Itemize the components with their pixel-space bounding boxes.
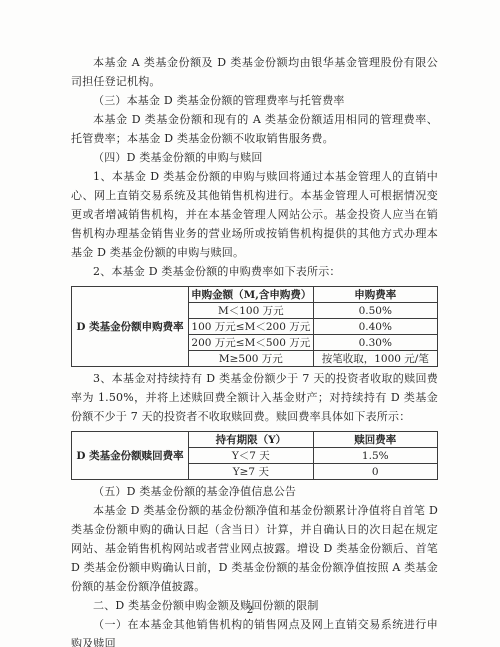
- holding-period-column-header: 持有期限（Y）: [189, 432, 313, 448]
- table-cell: 0: [313, 464, 437, 480]
- table-cell: 0.50%: [313, 303, 437, 319]
- heading-part-2-item-1: （一）在本基金其他销售机构的销售网点及网上直销交易系统进行申购及赎回: [71, 615, 438, 647]
- subscription-fee-table: D 类基金份额申购费率 申购金额（M,含申购费） 申购费率 M＜100 万元 0…: [71, 286, 438, 367]
- heading-section-5: （五）D 类基金份额的基金净值信息公告: [71, 482, 438, 501]
- subscription-table-row-header: D 类基金份额申购费率: [72, 287, 189, 367]
- table-row: D 类基金份额申购费率 申购金额（M,含申购费） 申购费率: [72, 287, 438, 303]
- subscription-rate-column-header: 申购费率: [313, 287, 437, 303]
- paragraph-nav-disclosure: 本基金 D 类基金份额的基金份额净值和基金份额累计净值将自首笔 D 类基金份额申…: [71, 501, 438, 596]
- table-cell: 1.5%: [313, 448, 437, 464]
- paragraph-management-fee: 本基金 D 类基金份额和现有的 A 类基金份额适用相同的管理费率、托管费率；本基…: [71, 110, 438, 148]
- table-cell: Y≥7 天: [189, 464, 313, 480]
- paragraph-sales-channels: 1、本基金 D 类基金份额的申购与赎回将通过本基金管理人的直销中心、网上直销交易…: [71, 167, 438, 262]
- heading-section-3: （三）本基金 D 类基金份额的管理费率与托管费率: [71, 91, 438, 110]
- table-cell: 0.30%: [313, 335, 437, 351]
- redemption-rate-column-header: 赎回费率: [313, 432, 437, 448]
- document-body: 本基金 A 类基金份额及 D 类基金份额均由银华基金管理股份有限公司担任登记机构…: [71, 53, 438, 647]
- heading-section-4: （四）D 类基金份额的申购与赎回: [71, 148, 438, 167]
- paragraph-registrar: 本基金 A 类基金份额及 D 类基金份额均由银华基金管理股份有限公司担任登记机构…: [71, 53, 438, 91]
- table-cell: M＜100 万元: [189, 303, 313, 319]
- table-cell: 200 万元≤M＜500 万元: [189, 335, 313, 351]
- table-cell: 按笔收取，1000 元/笔: [313, 351, 437, 367]
- subscription-amount-column-header: 申购金额（M,含申购费）: [189, 287, 313, 303]
- table-cell: 0.40%: [313, 319, 437, 335]
- page-number: 2: [0, 604, 500, 616]
- redemption-table-row-header: D 类基金份额赎回费率: [72, 432, 189, 480]
- table-row: D 类基金份额赎回费率 持有期限（Y） 赎回费率: [72, 432, 438, 448]
- table-cell: M≥500 万元: [189, 351, 313, 367]
- paragraph-subscription-table-intro: 2、本基金 D 类基金份额的申购费率如下表所示：: [71, 262, 438, 281]
- document-page: 本基金 A 类基金份额及 D 类基金份额均由银华基金管理股份有限公司担任登记机构…: [0, 0, 500, 647]
- table-cell: 100 万元≤M＜200 万元: [189, 319, 313, 335]
- paragraph-redemption-fee: 3、本基金对持续持有 D 类基金份额少于 7 天的投资者收取的赎回费率为 1.5…: [71, 369, 438, 426]
- redemption-fee-table: D 类基金份额赎回费率 持有期限（Y） 赎回费率 Y＜7 天 1.5% Y≥7 …: [71, 431, 438, 480]
- table-cell: Y＜7 天: [189, 448, 313, 464]
